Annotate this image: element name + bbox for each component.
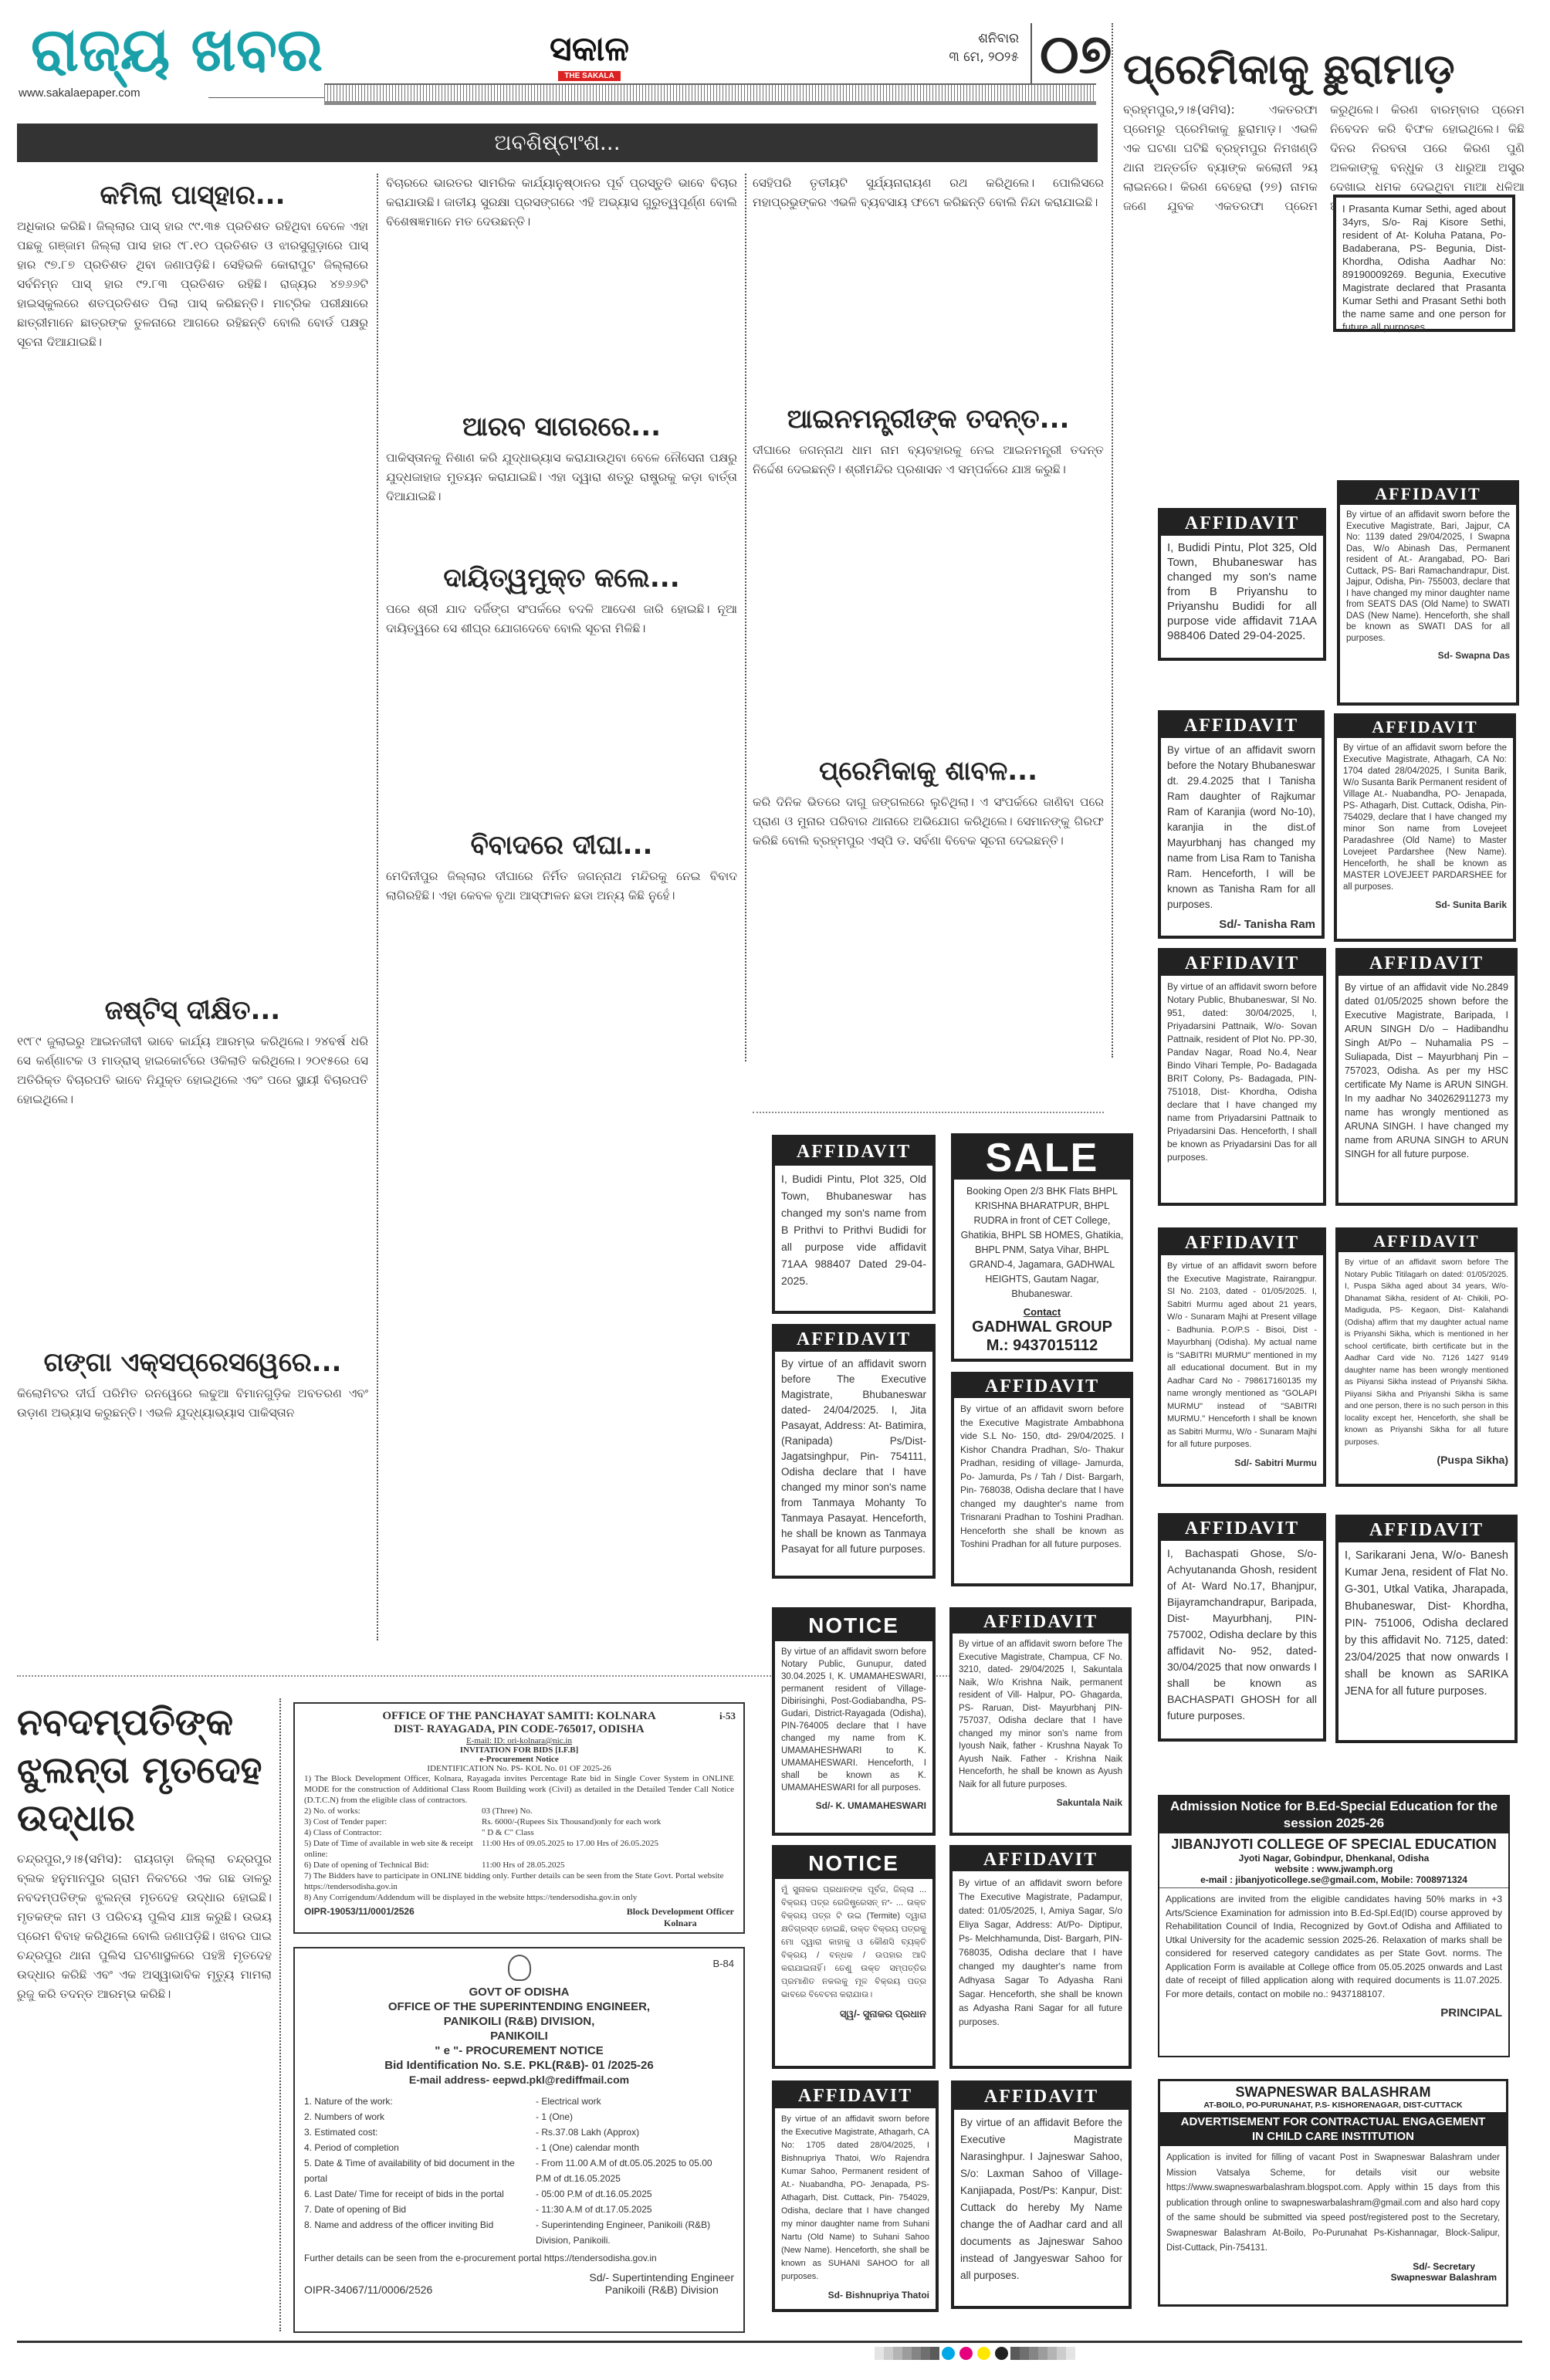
ad-body: By virtue of an affidavit sworn before t… <box>1337 738 1513 898</box>
notice-ad: NOTICE ମୁଁ ସୁନାକର ପ୍ରଧାନଙ୍କ ପୂର୍ବଜ, ଜିଲ୍… <box>772 1845 936 2069</box>
logo-tagline: THE SAKALA <box>558 71 620 81</box>
color-registration-marks <box>875 2347 1075 2360</box>
signatory-place: Panikoili (R&B) Division <box>605 2284 719 2296</box>
ad-body: By virtue of an affidavit sworn before T… <box>953 1633 1129 1796</box>
row-key: 2) No. of works: <box>304 1806 482 1816</box>
article-body: ପାକିସ୍ତାନକୁ ନିଶାଣ କରି ଯୁଦ୍ଧାଭ୍ୟାସ କରାଯାଉ… <box>386 449 737 557</box>
ad-body: By virtue of an affidavit sworn before N… <box>775 1641 932 1799</box>
org-name: SWAPNESWAR BALASHRAM <box>1160 2084 1506 2101</box>
admission-notice: Admission Notice for B.Ed-Special Educat… <box>1158 1795 1510 2057</box>
notice-title: OFFICE OF THE PANCHAYAT SAMITI: KOLNARA <box>304 1710 734 1723</box>
day-label: ଶନିବାର <box>911 29 1019 48</box>
logo-text: ସକାଳ <box>550 32 629 66</box>
ad-body: I, Sarikarani Jena, W/o- Banesh Kumar Je… <box>1338 1542 1514 1705</box>
row-value: - 11:30 A.M of dt.17.05.2025 <box>536 2202 652 2217</box>
page-number: ୦୭ <box>1031 23 1112 85</box>
notice-further: Further details can be seen from the e-p… <box>304 2253 734 2263</box>
notice-email[interactable]: E-mail: ID: ori-kolnara@nic.in <box>304 1736 734 1745</box>
row-value: - 1 (One) <box>536 2109 573 2124</box>
ad-body: By virtue of an affidavit Before the Exe… <box>954 2110 1129 2289</box>
ad-signature: Sd/- Sabitri Murmu <box>1161 1456 1323 1475</box>
column-divider <box>377 174 378 1640</box>
article-body: ଚନ୍ଦ୍ରପୁର,୨।୫(ସମିସ): ରାୟଗଡ଼ା ଜିଲ୍ଲା ଚନ୍ଦ… <box>17 1850 272 2004</box>
row-value: " D & C" Class <box>482 1827 534 1838</box>
notice-rows: 2) No. of works:03 (Three) No. 3) Cost o… <box>304 1806 734 1870</box>
ad-signature: Sd- Bishnupriya Thatoi <box>775 2288 936 2307</box>
notice-subtitle: OFFICE OF THE SUPERINTENDING ENGINEER, <box>304 1999 734 2014</box>
row-value: - Rs.37.08 Lakh (Approx) <box>536 2124 639 2140</box>
ad-signature: Sd- Swapna Das <box>1340 648 1516 668</box>
ad-title: AFFIDAVIT <box>1340 483 1516 505</box>
notice-type: e-Procurement Notice <box>304 1755 734 1764</box>
notice-ident: IDENTIFICATION No. PS- KOL No. 01 OF 202… <box>304 1764 734 1773</box>
row-value: 11:00 Hrs of 09.05.2025 to 17.00 Hrs of … <box>482 1838 658 1860</box>
affidavit-ad: AFFIDAVIT By virtue of an affidavit swor… <box>1158 710 1325 939</box>
row-value: Rs. 6000/-(Rupees Six Thousand)only for … <box>482 1816 661 1827</box>
article-body: ପରେ ଶ୍ରୀ ଯାଦ ଦର୍ଜିଙ୍ଗ ସଂପର୍କରେ ବଦଳି ଆଦେଶ… <box>386 600 737 824</box>
org-address: AT-BOILO, PO-PURUNAHAT, P.S- KISHORENAGA… <box>1160 2101 1506 2110</box>
ad-title: AFFIDAVIT <box>1161 1516 1323 1541</box>
ad-title: AFFIDAVIT <box>954 2084 1129 2110</box>
swapneswar-ad: SWAPNESWAR BALASHRAM AT-BOILO, PO-PURUNA… <box>1158 2079 1508 2307</box>
ad-body: By virtue of an affidavit sworn before t… <box>954 1398 1130 1556</box>
ad-body: By virtue of an affidavit sworn before t… <box>1161 738 1322 917</box>
article-column-1: କମିଲା ପାସ୍‌ହାର... ଅଧିକାର କରିଛି। ଜିଲ୍ଲାର … <box>17 174 368 1423</box>
row-key: 5. Date & Time of availability of bid do… <box>304 2155 536 2186</box>
article-headline: ଆରବ ସାଗରରେ... <box>386 411 737 442</box>
affidavit-ad: AFFIDAVIT I, Budidi Pintu, Plot 325, Old… <box>772 1135 936 1314</box>
row-key: 4. Period of completion <box>304 2140 536 2155</box>
row-key: 6. Last Date/ Time for receipt of bids i… <box>304 2186 536 2202</box>
contact-label: Contact <box>954 1306 1130 1318</box>
row-value: - From 11.00 A.M of dt.05.05.2025 to 05.… <box>536 2155 729 2186</box>
yellow-dot-icon <box>977 2347 990 2360</box>
article-body: ଅଧିକାର କରିଛି। ଜିଲ୍ଲାର ପାସ୍ ହାର ୯୯.୩୫ ପ୍ର… <box>17 217 368 989</box>
ad-body: I, Bachaspati Ghose, S/o- Achyutananda G… <box>1161 1541 1323 1728</box>
row-value: 03 (Three) No. <box>482 1806 533 1816</box>
affidavit-ad: AFFIDAVIT By virtue of an affidavit swor… <box>772 2080 939 2312</box>
date-block: ଶନିବାର ୩ ମେ, ୨୦୨୫ <box>911 29 1019 66</box>
ad-body: By virtue of an affidavit sworn before t… <box>1161 1255 1323 1456</box>
column-divider <box>745 174 746 1061</box>
affidavit-ad: AFFIDAVIT By virtue of an affidavit swor… <box>1334 713 1516 942</box>
section-divider <box>753 1112 1104 1113</box>
affidavit-ad: AFFIDAVIT By virtue of an affidavit vide… <box>1335 948 1518 1206</box>
tender-notice-panikoili: B-84 GOVT OF ODISHA OFFICE OF THE SUPERI… <box>293 1947 745 2333</box>
notice-ad: NOTICE By virtue of an affidavit sworn b… <box>772 1607 936 1836</box>
row-key: 2. Numbers of work <box>304 2109 536 2124</box>
signatory: Block Development Officer <box>627 1906 734 1917</box>
article-body: କିଲୋମିଟର ଦୀର୍ଘ ପରିମିତ ରନୱେରେ ଲଢୁଆ ବିମାନଗ… <box>17 1384 368 1423</box>
side-headline: ପ୍ରେମିକାକୁ ଛୁରାମାଡ଼ <box>1123 45 1455 94</box>
affidavit-ad: AFFIDAVIT By virtue of an affidavit swor… <box>951 1372 1133 1586</box>
ad-body: Booking Open 2/3 BHK Flats BHPL KRISHNA … <box>954 1180 1130 1306</box>
newspaper-logo[interactable]: ସକାଳ THE SAKALA <box>550 32 629 81</box>
ad-heading: ADVERTISEMENT FOR CONTRACTUAL ENGAGEMENT… <box>1160 2112 1506 2146</box>
ad-title: NOTICE <box>775 1848 932 1879</box>
notice-email[interactable]: E-mail address- eepwd.pkl@rediffmail.com <box>304 2073 734 2087</box>
signatory: Sd/- Supertintending Engineer <box>589 2271 734 2284</box>
date-label: ୩ ମେ, ୨୦୨୫ <box>911 48 1019 66</box>
row-key: 3) Cost of Tender paper: <box>304 1816 482 1827</box>
article-headline: ଦାୟିତ୍ୱମୁକ୍ତ କଲେ... <box>386 563 737 594</box>
affidavit-ad: AFFIDAVIT By virtue of an affidavit swor… <box>949 1607 1132 1836</box>
black-dot-icon <box>995 2347 1008 2360</box>
admission-body: Applications are invited from the eligib… <box>1159 1888 1508 2006</box>
affidavit-ad: AFFIDAVIT I, Sarikarani Jena, W/o- Banes… <box>1335 1515 1518 1743</box>
row-value: - Electrical work <box>536 2094 601 2109</box>
article-column-3: ସେହିପରି ତୃତୀୟଟି ସୁର୍ଯ୍ୟନାରାୟଣ ରଥ କରିଥିଲେ… <box>753 174 1104 851</box>
notice-note: 8) Any Corrigendum/Addendum will be disp… <box>304 1892 734 1903</box>
article-body: ୧୯୮୯ ଜୁଲାଇରୁ ଆଇନଜୀବୀ ଭାବେ କାର୍ଯ୍ୟ ଆରମ୍ଭ … <box>17 1032 368 1341</box>
affidavit-ad: AFFIDAVIT By virtue of an affidavit swor… <box>772 1324 936 1579</box>
ad-body: By virtue of an affidavit vide No.2849 d… <box>1338 976 1514 1166</box>
tender-notice-kolnara: i-53 OFFICE OF THE PANCHAYAT SAMITI: KOL… <box>293 1702 745 1934</box>
oipr-code: OIPR-19053/11/0001/2526 <box>304 1906 415 1929</box>
oipr-code: OIPR-34067/11/0006/2526 <box>304 2284 432 2296</box>
affidavit-ad: I Prasanta Kumar Sethi, aged about 34yrs… <box>1333 195 1515 332</box>
company-name: GADHWAL GROUP <box>954 1318 1130 1336</box>
ad-body: I Prasanta Kumar Sethi, aged about 34yrs… <box>1336 198 1512 338</box>
ad-signature: ସ୍ୱ/- ସୁନାକର ପ୍ରଧାନ <box>775 2006 932 2026</box>
ad-signature: Sd/- Tanisha Ram <box>1161 917 1322 936</box>
section-divider <box>17 1675 1113 1677</box>
college-website[interactable]: website : www.jwamph.org <box>1159 1864 1508 1874</box>
article-body: କରି ଦିନିକ ଭିତରେ ଦାଗୁ ଜଙ୍ଗଲରେ ଲୁଚିଥିଲା। ଏ… <box>753 793 1104 851</box>
row-value: - Superintending Engineer, Panikoili (R&… <box>536 2217 729 2248</box>
ad-title: AFFIDAVIT <box>954 1375 1130 1398</box>
ad-title: SALE <box>954 1136 1130 1180</box>
ad-body: Application is invited for filling of va… <box>1160 2146 1506 2261</box>
article-headline: ନବଦମ୍ପତିଙ୍କ ଝୁଲନ୍ତା ମୃତଦେହ ଉଦ୍ଧାର <box>17 1698 272 1842</box>
article-column-2: ବିଚାରରେ ଭାରତର ସାମରିକ କାର୍ଯ୍ୟାନୁଷ୍ଠାନର ପୂ… <box>386 174 737 906</box>
website-url[interactable]: www.sakalaepaper.com <box>19 86 140 100</box>
affidavit-ad: AFFIDAVIT By virtue of an affidavit swor… <box>1335 1227 1518 1487</box>
ad-title: AFFIDAVIT <box>953 1610 1129 1633</box>
admission-signature: PRINCIPAL <box>1159 2006 1508 2025</box>
ad-title: AFFIDAVIT <box>1161 1231 1323 1255</box>
notice-subtitle: DIST- RAYAGADA, PIN CODE-765017, ODISHA <box>304 1723 734 1736</box>
college-name: JIBANJYOTI COLLEGE OF SPECIAL EDUCATION <box>1159 1837 1508 1853</box>
affidavit-ad: AFFIDAVIT By virtue of an affidavit swor… <box>949 1845 1132 2069</box>
ad-body: By virtue of an affidavit sworn before T… <box>1338 1252 1514 1453</box>
notice-ifb: INVITATION FOR BIDS [I.F.B] <box>304 1745 734 1755</box>
ad-signature: (Puspa Sikha) <box>1338 1453 1514 1472</box>
college-contact[interactable]: e-mail : jibanjyoticollege.se@gmail.com,… <box>1159 1874 1508 1888</box>
row-key: 8. Name and address of the officer invit… <box>304 2217 536 2248</box>
notice-intro: 1) The Block Development Officer, Kolnar… <box>304 1773 734 1806</box>
ad-title: NOTICE <box>775 1610 932 1641</box>
affidavit-ad: AFFIDAVIT I, Budidi Pintu, Plot 325, Old… <box>1158 508 1326 661</box>
article-headline: ପ୍ରେମିକାକୁ ଶାବଳ... <box>753 756 1104 787</box>
article-body: ଦୀଘାରେ ଜଗନ୍ନାଥ ଧାମ ନାମ ବ୍ୟବହାରକୁ ନେଇ ଆଇନ… <box>753 441 1104 750</box>
ad-body: By virtue of an affidavit sworn before T… <box>953 1871 1129 2033</box>
ad-signature: Sd/- Secretary <box>1160 2261 1506 2272</box>
ad-title: AFFIDAVIT <box>1338 951 1514 976</box>
row-key: 1. Nature of the work: <box>304 2094 536 2109</box>
article-body: ବିଚାରରେ ଭାରତର ସାମରିକ କାର୍ଯ୍ୟାନୁଷ୍ଠାନର ପୂ… <box>386 174 737 405</box>
url-rule <box>208 97 324 98</box>
article-body: ମେଦିନୀପୁର ଜିଲ୍ଲାର ଦୀଘାରେ ନିର୍ମିତ ଜଗନ୍ନାଥ… <box>386 867 737 906</box>
row-key: 3. Estimated cost: <box>304 2124 536 2140</box>
bottom-story: ନବଦମ୍ପତିଙ୍କ ଝୁଲନ୍ତା ମୃତଦେହ ଉଦ୍ଧାର ଚନ୍ଦ୍ର… <box>17 1698 272 2004</box>
notice-subtitle: PANIKOILI <box>304 2029 734 2043</box>
affidavit-ad: AFFIDAVIT By virtue of an affidavit swor… <box>1337 480 1519 706</box>
row-key: 5) Date of Time of available in web site… <box>304 1838 482 1860</box>
column-divider <box>279 1698 281 2331</box>
notice-code: B-84 <box>713 1958 734 1969</box>
notice-type: " e "- PROCUREMENT NOTICE <box>304 2043 734 2058</box>
row-key: 4) Class of Contractor: <box>304 1827 482 1838</box>
footer-rule <box>17 2341 1522 2343</box>
row-key: 6) Date of opening of Technical Bid: <box>304 1860 482 1870</box>
notice-rows: 1. Nature of the work:- Electrical work … <box>304 2094 734 2248</box>
odisha-emblem-icon <box>304 1955 734 1985</box>
ad-title: AFFIDAVIT <box>953 1848 1129 1871</box>
row-value: - 05:00 P.M of dt.16.05.2025 <box>536 2186 652 2202</box>
notice-ident: Bid Identification No. S.E. PKL(R&B)- 01… <box>304 2058 734 2073</box>
contact-phone[interactable]: M.: 9437015112 <box>954 1336 1130 1355</box>
signatory-place: Kolnara <box>664 1918 697 1928</box>
magenta-dot-icon <box>959 2347 973 2360</box>
section-banner: ଅବଶିଷ୍ଟାଂଶ... <box>17 124 1098 162</box>
column-divider <box>1112 23 1113 1058</box>
ad-title: AFFIDAVIT <box>1161 951 1323 976</box>
row-value: - 1 (One) calendar month <box>536 2140 639 2155</box>
article-headline: କମିଲା ପାସ୍‌ହାର... <box>17 180 368 211</box>
ad-title: AFFIDAVIT <box>1338 1518 1514 1542</box>
ad-title: AFFIDAVIT <box>1161 511 1323 536</box>
article-headline: ଜଷ୍ଟିସ୍ ଦୀକ୍ଷିତ... <box>17 995 368 1026</box>
affidavit-ad: AFFIDAVIT By virtue of an affidavit swor… <box>1158 948 1326 1206</box>
ad-body: ମୁଁ ସୁନାକର ପ୍ରଧାନଙ୍କ ପୂର୍ବଜ, ଜିଲ୍ଲା ... … <box>775 1879 932 2006</box>
ad-title: AFFIDAVIT <box>1161 713 1322 738</box>
section-title: ରାଜ୍ୟ ଖବର <box>31 15 323 86</box>
notice-code: i-53 <box>719 1710 736 1722</box>
ad-title: AFFIDAVIT <box>775 1327 932 1352</box>
ad-signature: Sd/- K. UMAMAHESWARI <box>775 1799 932 1818</box>
affidavit-ad: AFFIDAVIT I, Bachaspati Ghose, S/o- Achy… <box>1158 1513 1326 1742</box>
notice-title: GOVT OF ODISHA <box>304 1985 734 1999</box>
ad-signature: Sd- Sunita Barik <box>1337 898 1513 917</box>
header-rule <box>324 83 1096 105</box>
article-headline: ବିବାଦରେ ଦୀଘା... <box>386 830 737 861</box>
ad-body: By virtue of an affidavit sworn before t… <box>775 2108 936 2288</box>
admission-title: Admission Notice for B.Ed-Special Educat… <box>1159 1796 1508 1833</box>
cyan-dot-icon <box>942 2347 955 2360</box>
affidavit-ad: AFFIDAVIT By virtue of an affidavit Befo… <box>951 2080 1132 2309</box>
article-headline: ଆଇନମନ୍ତ୍ରୀଙ୍କ ତଦନ୍ତ... <box>753 404 1104 435</box>
ad-title: AFFIDAVIT <box>1338 1231 1514 1252</box>
ad-body: By virtue of an affidavit sworn before t… <box>1340 505 1516 648</box>
row-key: 7. Date of opening of Bid <box>304 2202 536 2217</box>
sale-ad: SALE Booking Open 2/3 BHK Flats BHPL KRI… <box>951 1133 1133 1362</box>
ad-body: I, Budidi Pintu, Plot 325, Old Town, Bhu… <box>1161 536 1323 648</box>
ad-title: AFFIDAVIT <box>775 1138 932 1166</box>
notice-note: 7) The Bidders have to participate in ON… <box>304 1870 734 1892</box>
ad-body: I, Budidi Pintu, Plot 325, Old Town, Bhu… <box>775 1166 932 1294</box>
article-body: ସେହିପରି ତୃତୀୟଟି ସୁର୍ଯ୍ୟନାରାୟଣ ରଥ କରିଥିଲେ… <box>753 174 1104 398</box>
ad-title: AFFIDAVIT <box>1337 716 1513 738</box>
ad-signature-org: Swapneswar Balashram <box>1160 2272 1506 2283</box>
ad-signature: Sakuntala Naik <box>953 1796 1129 1815</box>
ad-title: AFFIDAVIT <box>775 2084 936 2108</box>
affidavit-ad: AFFIDAVIT By virtue of an affidavit swor… <box>1158 1227 1326 1487</box>
notice-subtitle: PANIKOILI (R&B) DIVISION, <box>304 2014 734 2029</box>
college-address: Jyoti Nagar, Gobindpur, Dhenkanal, Odish… <box>1159 1853 1508 1864</box>
ad-body: By virtue of an affidavit sworn before T… <box>775 1352 932 1562</box>
article-headline: ଗଙ୍ଗା ଏକ୍ସପ୍ରେସୱେରେ... <box>17 1347 368 1378</box>
ad-body: By virtue of an affidavit sworn before N… <box>1161 976 1323 1169</box>
row-value: 11:00 Hrs of 28.05.2025 <box>482 1860 564 1870</box>
